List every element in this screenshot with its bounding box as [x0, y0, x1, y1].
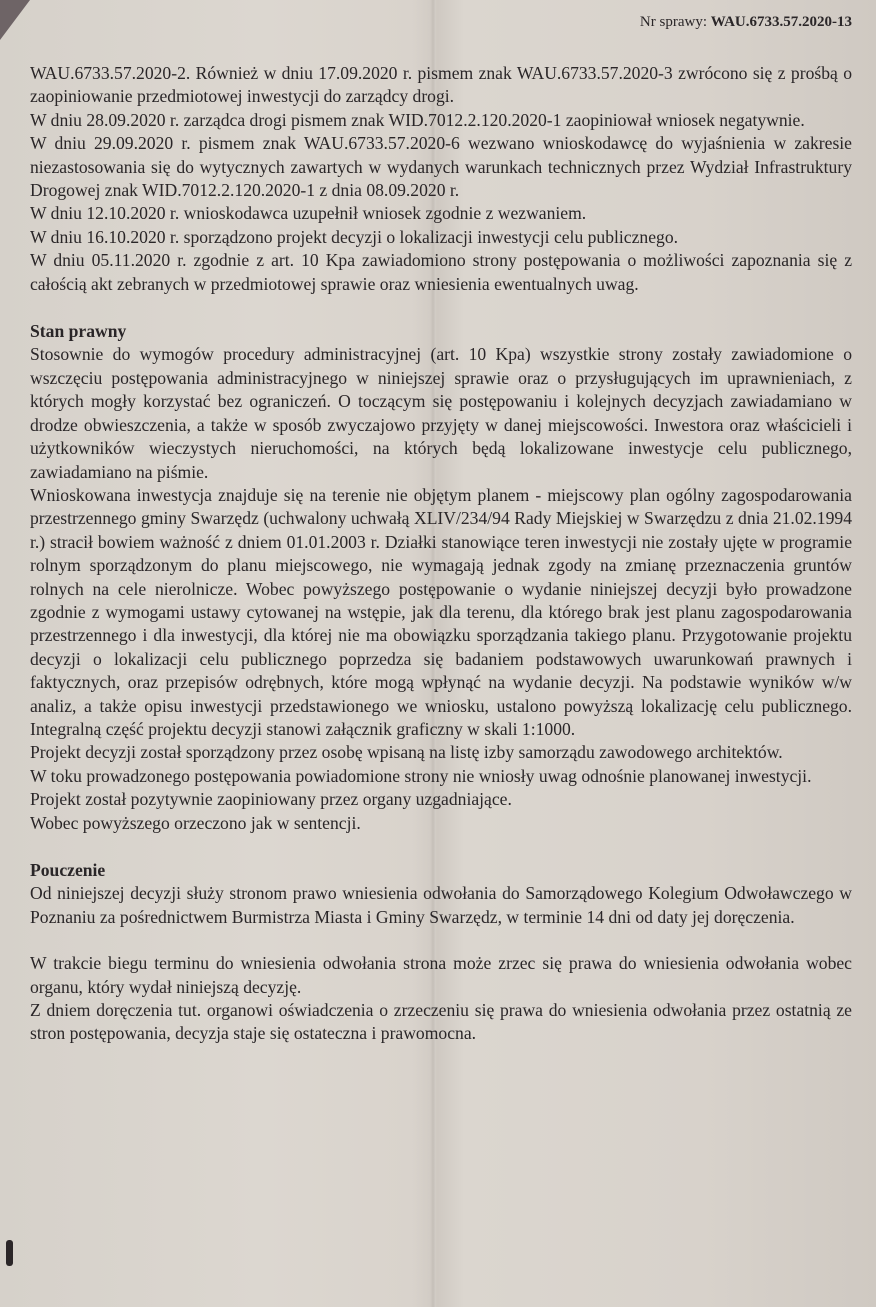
intro-paragraph: W dniu 28.09.2020 r. zarządca drogi pism…	[30, 109, 852, 132]
instruction-paragraph: Od niniejszej decyzji służy stronom praw…	[30, 882, 852, 929]
ink-mark	[6, 1240, 13, 1266]
legal-paragraph: Stosownie do wymogów procedury administr…	[30, 343, 852, 483]
legal-paragraph: Wobec powyższego orzeczono jak w sentenc…	[30, 812, 852, 835]
case-number-header: Nr sprawy: WAU.6733.57.2020-13	[640, 14, 852, 31]
photo-background-corner	[0, 0, 30, 40]
case-number-value: WAU.6733.57.2020-13	[711, 14, 852, 30]
legal-paragraph: Wnioskowana inwestycja znajduje się na t…	[30, 484, 852, 741]
instruction-paragraph: Z dniem doręczenia tut. organowi oświadc…	[30, 999, 852, 1046]
section-heading-instruction: Pouczenie	[30, 859, 852, 882]
case-number-label: Nr sprawy:	[640, 14, 707, 30]
intro-paragraph: WAU.6733.57.2020-2. Również w dniu 17.09…	[30, 62, 852, 109]
paragraph-gap	[30, 929, 852, 952]
instruction-paragraph: W trakcie biegu terminu do wniesienia od…	[30, 952, 852, 999]
legal-paragraph: Projekt został pozytywnie zaopiniowany p…	[30, 788, 852, 811]
section-heading-legal-state: Stan prawny	[30, 320, 852, 343]
intro-paragraph: W dniu 29.09.2020 r. pismem znak WAU.673…	[30, 132, 852, 202]
intro-paragraph: W dniu 05.11.2020 r. zgodnie z art. 10 K…	[30, 249, 852, 296]
intro-paragraph: W dniu 12.10.2020 r. wnioskodawca uzupeł…	[30, 202, 852, 225]
intro-paragraph: W dniu 16.10.2020 r. sporządzono projekt…	[30, 226, 852, 249]
document-body: WAU.6733.57.2020-2. Również w dniu 17.09…	[30, 62, 852, 1046]
legal-paragraph: W toku prowadzonego postępowania powiado…	[30, 765, 852, 788]
legal-paragraph: Projekt decyzji został sporządzony przez…	[30, 741, 852, 764]
